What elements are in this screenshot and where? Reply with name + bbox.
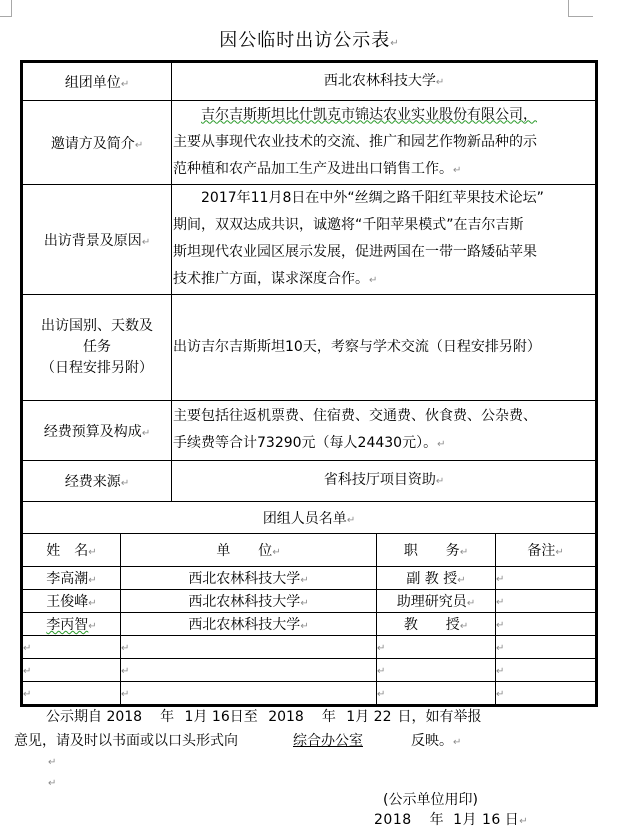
- form-row-background: 出访背景及原因↵ 2017年11月8日在中外“丝绸之路千阳红苹果技术论坛” 期间…: [22, 185, 597, 295]
- member-unit[interactable]: 西北农林科技大学↵: [121, 567, 377, 590]
- page-corner-mark-right: [568, 0, 593, 17]
- member-remark[interactable]: ↵: [496, 613, 597, 636]
- disclosure-form-table: 组团单位↵ 西北农林科技大学↵ 邀请方及简介↵ 吉尔吉斯斯坦比什凯克市锦达农业实…: [20, 60, 598, 707]
- office-field[interactable]: 综合办公室: [238, 733, 411, 749]
- header-name: 姓 名↵: [22, 534, 121, 567]
- label-funding: 经费来源↵: [22, 461, 172, 502]
- member-position[interactable]: 教 授↵: [377, 613, 496, 636]
- member-row: 李丙智↵ 西北农林科技大学↵ 教 授↵ ↵: [22, 613, 597, 636]
- form-row-organizer: 组团单位↵ 西北农林科技大学↵: [22, 62, 597, 101]
- member-remark[interactable]: ↵: [496, 659, 597, 682]
- member-name[interactable]: 李丙智↵: [22, 613, 121, 636]
- member-remark[interactable]: ↵: [496, 636, 597, 659]
- member-name[interactable]: 李高潮↵: [22, 567, 121, 590]
- member-name[interactable]: 王俊峰↵: [22, 590, 121, 613]
- member-unit[interactable]: ↵: [121, 682, 377, 706]
- member-name[interactable]: ↵: [22, 636, 121, 659]
- member-name[interactable]: ↵: [22, 659, 121, 682]
- member-position[interactable]: ↵: [377, 636, 496, 659]
- member-position[interactable]: ↵: [377, 659, 496, 682]
- member-row: 李高潮↵ 西北农林科技大学↵ 副 教 授↵ ↵: [22, 567, 597, 590]
- value-destination[interactable]: 出访吉尔吉斯斯坦10天，考察与学术交流（日程安排另附）: [172, 295, 597, 401]
- header-unit: 单 位↵: [121, 534, 377, 567]
- member-remark[interactable]: ↵: [496, 590, 597, 613]
- members-title: 团组人员名单↵: [22, 502, 597, 534]
- member-unit[interactable]: ↵: [121, 659, 377, 682]
- member-remark[interactable]: ↵: [496, 567, 597, 590]
- member-row: 王俊峰↵ 西北农林科技大学↵ 助理研究员↵ ↵: [22, 590, 597, 613]
- member-position[interactable]: 副 教 授↵: [377, 567, 496, 590]
- member-remark[interactable]: ↵: [496, 682, 597, 706]
- members-title-row: 团组人员名单↵: [22, 502, 597, 534]
- member-unit[interactable]: 西北农林科技大学↵: [121, 590, 377, 613]
- member-unit[interactable]: 西北农林科技大学↵: [121, 613, 377, 636]
- value-funding[interactable]: 省科技厅项目资助↵: [172, 461, 597, 502]
- page-corner-mark-left: [0, 0, 12, 17]
- form-row-budget: 经费预算及构成↵ 主要包括往返机票费、住宿费、交通费、伙食费、公杂费、 手续费等…: [22, 401, 597, 461]
- notice-paragraph: 公示期自 2018年 1月 16日至 2018年 1月 22日，如有举报 意见，…: [14, 705, 594, 755]
- member-name[interactable]: ↵: [22, 682, 121, 706]
- label-budget: 经费预算及构成↵: [22, 401, 172, 461]
- member-position[interactable]: 助理研究员↵: [377, 590, 496, 613]
- member-row-empty: ↵ ↵ ↵ ↵: [22, 636, 597, 659]
- value-budget[interactable]: 主要包括往返机票费、住宿费、交通费、伙食费、公杂费、 手续费等合计73290元（…: [172, 401, 597, 461]
- member-unit[interactable]: ↵: [121, 636, 377, 659]
- title-text: 因公临时出访公示表: [219, 30, 390, 51]
- document-title: 因公临时出访公示表↵: [0, 26, 619, 52]
- value-organizer[interactable]: 西北农林科技大学↵: [172, 62, 597, 101]
- label-inviter: 邀请方及简介↵: [22, 101, 172, 185]
- signature-date: 2018年 1月 16日↵: [374, 809, 528, 829]
- form-row-destination: 出访国别、天数及 任务 （日程安排另附） 出访吉尔吉斯斯坦10天，考察与学术交流…: [22, 295, 597, 401]
- member-position[interactable]: ↵: [377, 682, 496, 706]
- member-row-empty: ↵ ↵ ↵ ↵: [22, 659, 597, 682]
- form-row-inviter: 邀请方及简介↵ 吉尔吉斯斯坦比什凯克市锦达农业实业股份有限公司， 主要从事现代农…: [22, 101, 597, 185]
- blank-paragraphs: ↵↵: [48, 752, 56, 794]
- seal-note: (公示单位用印): [383, 789, 478, 809]
- value-inviter[interactable]: 吉尔吉斯斯坦比什凯克市锦达农业实业股份有限公司， 主要从事现代农业技术的交流、推…: [172, 101, 597, 185]
- form-row-funding: 经费来源↵ 省科技厅项目资助↵: [22, 461, 597, 502]
- header-remark: 备注↵: [496, 534, 597, 567]
- label-background: 出访背景及原因↵: [22, 185, 172, 295]
- member-row-empty: ↵ ↵ ↵ ↵: [22, 682, 597, 706]
- members-header-row: 姓 名↵ 单 位↵ 职 务↵ 备注↵: [22, 534, 597, 567]
- paragraph-mark-icon: ↵: [390, 38, 399, 49]
- label-organizer: 组团单位↵: [22, 62, 172, 101]
- label-destination: 出访国别、天数及 任务 （日程安排另附）: [22, 295, 172, 401]
- value-background[interactable]: 2017年11月8日在中外“丝绸之路千阳红苹果技术论坛” 期间，双双达成共识，诚…: [172, 185, 597, 295]
- header-position: 职 务↵: [377, 534, 496, 567]
